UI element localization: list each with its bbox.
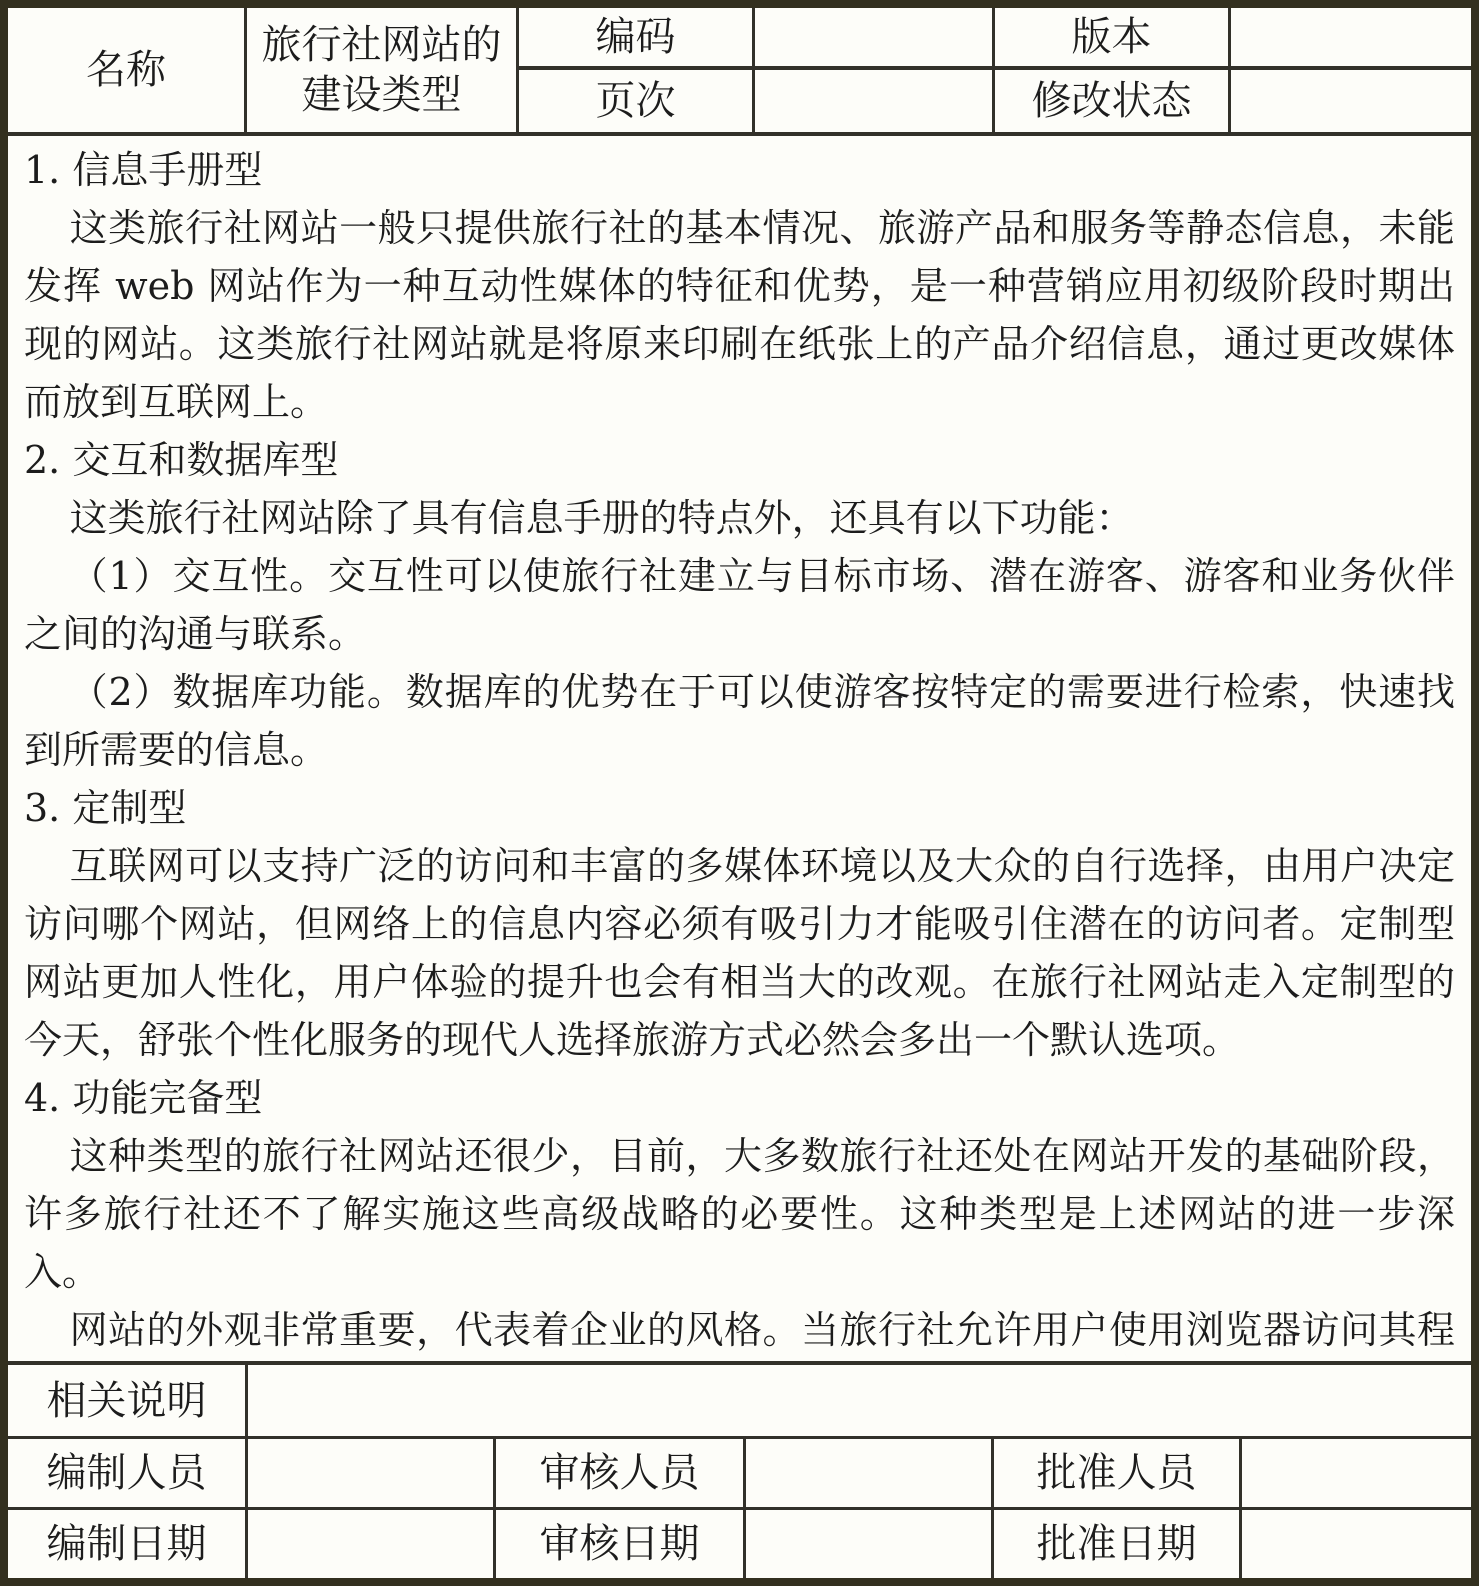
- footer-table: 相关说明 编制人员 审核人员 批准人员 编制日期 审核日期 批准日期: [8, 1361, 1471, 1578]
- document-page: 名称 旅行社网站的 建设类型 编码 版本 页次 修改状态 1. 信息手册型 这类…: [0, 0, 1479, 1586]
- notes-label: 相关说明: [8, 1365, 248, 1436]
- section-heading: 4. 功能完备型: [24, 1069, 1455, 1127]
- approver-value: [1242, 1439, 1471, 1507]
- code-value: [755, 8, 995, 70]
- approver-date-label: 批准日期: [994, 1510, 1242, 1578]
- name-value: 旅行社网站的 建设类型: [247, 8, 519, 132]
- section-heading: 2. 交互和数据库型: [24, 431, 1455, 489]
- body-paragraph: 网站的外观非常重要，代表着企业的风格。当旅行社允许用户使用浏览器访问其程序时，游…: [24, 1301, 1455, 1361]
- body-paragraph: 互联网可以支持广泛的访问和丰富的多媒体环境以及大众的自行选择，由用户决定访问哪个…: [24, 837, 1455, 1069]
- approver-label: 批准人员: [994, 1439, 1242, 1507]
- reviewer-value: [746, 1439, 994, 1507]
- document-body: 1. 信息手册型 这类旅行社网站一般只提供旅行社的基本情况、旅游产品和服务等静态…: [8, 136, 1471, 1361]
- code-label: 编码: [519, 8, 755, 70]
- maker-date-value: [248, 1510, 496, 1578]
- notes-row: 相关说明: [8, 1365, 1471, 1436]
- maker-date-label: 编制日期: [8, 1510, 248, 1578]
- section-heading: 1. 信息手册型: [24, 141, 1455, 199]
- body-paragraph: 这类旅行社网站一般只提供旅行社的基本情况、旅游产品和服务等静态信息，未能发挥 w…: [24, 199, 1455, 431]
- document-inner: 名称 旅行社网站的 建设类型 编码 版本 页次 修改状态 1. 信息手册型 这类…: [8, 8, 1471, 1578]
- revision-status-value: [1231, 70, 1471, 132]
- reviewer-label: 审核人员: [496, 1439, 746, 1507]
- name-label: 名称: [8, 8, 247, 132]
- page-number-value: [755, 70, 995, 132]
- body-paragraph: （2）数据库功能。数据库的优势在于可以使游客按特定的需要进行检索，快速找到所需要…: [24, 663, 1455, 779]
- body-paragraph: （1）交互性。交互性可以使旅行社建立与目标市场、潜在游客、游客和业务伙伴之间的沟…: [24, 547, 1455, 663]
- date-row: 编制日期 审核日期 批准日期: [8, 1507, 1471, 1578]
- approver-date-value: [1242, 1510, 1471, 1578]
- page-number-label: 页次: [519, 70, 755, 132]
- body-paragraph: 这类旅行社网站除了具有信息手册的特点外，还具有以下功能：: [24, 489, 1455, 547]
- version-value: [1231, 8, 1471, 70]
- header-table: 名称 旅行社网站的 建设类型 编码 版本 页次 修改状态: [8, 8, 1471, 136]
- maker-label: 编制人员: [8, 1439, 248, 1507]
- reviewer-date-label: 审核日期: [496, 1510, 746, 1578]
- reviewer-date-value: [746, 1510, 994, 1578]
- personnel-row: 编制人员 审核人员 批准人员: [8, 1436, 1471, 1507]
- maker-value: [248, 1439, 496, 1507]
- notes-value: [248, 1365, 1471, 1436]
- revision-status-label: 修改状态: [995, 70, 1231, 132]
- version-label: 版本: [995, 8, 1231, 70]
- body-paragraph: 这种类型的旅行社网站还很少，目前，大多数旅行社还处在网站开发的基础阶段，许多旅行…: [24, 1127, 1455, 1301]
- section-heading: 3. 定制型: [24, 779, 1455, 837]
